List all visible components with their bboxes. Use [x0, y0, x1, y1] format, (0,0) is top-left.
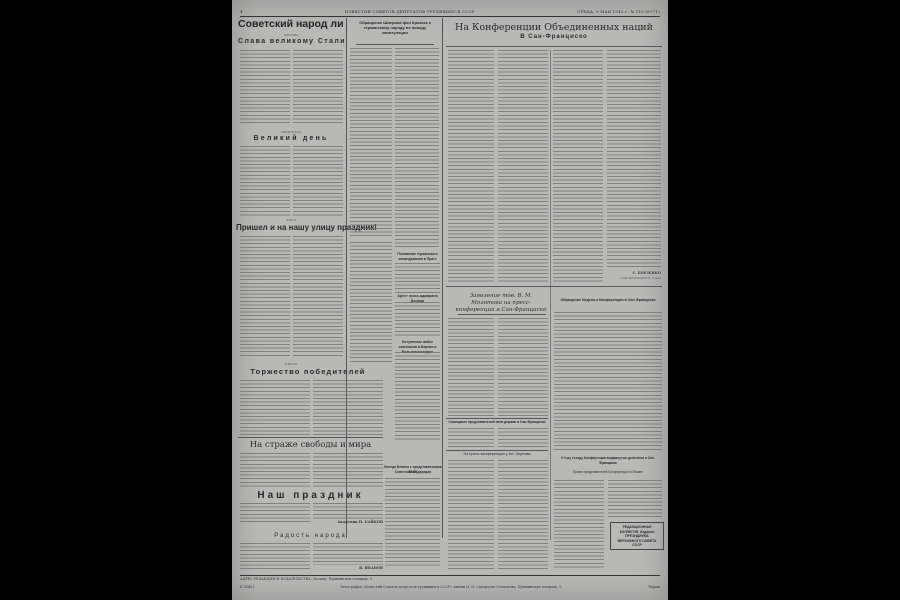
article-body — [448, 50, 494, 282]
article-title: Слава великому Сталину! — [238, 38, 344, 45]
article-subtitle: Советская Федерация — [384, 470, 442, 475]
article-body — [448, 428, 494, 448]
printer-info: Типография «Известий Советов депутатов т… — [254, 585, 648, 589]
article-body — [240, 453, 310, 487]
footer-address: АДРЕС РЕДАКЦИИ И ИЗДАТЕЛЬСТВА: Москва, П… — [240, 577, 660, 581]
kicker: ЛЕНИНГРАД — [238, 130, 344, 134]
article-title: На пресс-конференции у Ал. Чернова — [446, 452, 548, 457]
right-main-headline: На Конференции Объединенных наций — [444, 22, 664, 33]
article-body — [395, 48, 439, 248]
kicker: МОСКВА — [238, 33, 344, 37]
right-subheadline: В Сан-Франциско — [444, 35, 664, 40]
divider — [446, 46, 662, 47]
article-title: Обращение Шверина фон Крозига к германск… — [352, 20, 438, 35]
article-body — [240, 236, 290, 356]
article-body — [313, 380, 383, 435]
article-title: На страже свободы и мира — [238, 440, 383, 450]
article-title: Положение германского командования в Пра… — [395, 252, 440, 262]
article-body — [240, 146, 290, 216]
article-title: Наш праздник — [238, 490, 383, 501]
divider — [446, 450, 548, 451]
article-body — [313, 543, 383, 565]
divider — [356, 44, 434, 45]
article-title: Обращение Иедена к Конференции в Сан-Фра… — [554, 298, 662, 303]
article-title: К 9-му съезду Конференции выдвинутых дел… — [554, 456, 662, 466]
issue-date: СРЕДА, 9 МАЯ 1945 г. № 110 (8771) — [577, 9, 660, 14]
masthead: 4 ИЗВЕСТИЯ СОВЕТОВ ДЕПУТАТОВ ТРУДЯЩИХСЯ … — [240, 6, 660, 17]
article-body — [313, 453, 383, 487]
divider — [238, 437, 383, 438]
article-body — [293, 236, 343, 356]
signature: С. БОРЗЕНКО — [607, 271, 661, 275]
article-body — [240, 503, 310, 523]
article-body — [395, 352, 440, 442]
footer-rule — [240, 575, 660, 576]
article-body — [448, 460, 494, 570]
article-title: Радость народа — [238, 533, 383, 539]
editorial-address: АДРЕС РЕДАКЦИИ И ИЗДАТЕЛЬСТВА: Москва, П… — [240, 577, 372, 581]
article-body — [240, 380, 310, 435]
article-body — [498, 318, 548, 416]
column-divider — [442, 18, 443, 538]
article-body — [350, 242, 392, 362]
article-body — [293, 146, 343, 216]
article-body — [240, 50, 290, 125]
divider — [446, 286, 662, 287]
article-body — [448, 318, 494, 416]
print-run: Тираж — [648, 585, 660, 589]
article-body — [554, 480, 604, 570]
article-title: Совещание представителей пяти держав в С… — [446, 420, 548, 425]
article-body — [554, 312, 662, 452]
footer-printer: Б 02401 Типография «Известий Советов деп… — [240, 585, 660, 589]
column-divider — [550, 50, 551, 540]
article-title: Торжество победителей — [238, 367, 378, 376]
left-main-headline: Советский народ ликует — [238, 18, 344, 30]
newspaper-page: 4 ИЗВЕСТИЯ СОВЕТОВ ДЕПУТАТОВ ТРУДЯЩИХСЯ … — [232, 0, 668, 600]
editorial-board-box: РЕДАКЦИОННАЯ КОЛЛЕГИЯ. Издание ПРЕЗИДИУМ… — [610, 522, 664, 550]
dateline: САН-ФРАНЦИСКО, 8 мая — [607, 276, 661, 280]
article-body — [293, 50, 343, 125]
kicker: КИЕВ — [238, 218, 344, 222]
article-body — [498, 428, 548, 448]
article-body — [607, 50, 661, 268]
article-body — [608, 480, 662, 518]
article-body — [498, 50, 548, 282]
article-title: Великий день — [238, 135, 344, 142]
article-body — [395, 263, 440, 293]
divider — [458, 314, 546, 315]
article-body — [553, 50, 603, 282]
article-body — [313, 503, 383, 519]
article-body — [240, 543, 310, 571]
article-body — [395, 302, 440, 336]
editorial-board-text: РЕДАКЦИОННАЯ КОЛЛЕГИЯ. Издание ПРЕЗИДИУМ… — [613, 525, 661, 548]
article-body — [350, 48, 392, 238]
signature: В. ИВАНОВ — [313, 566, 383, 570]
article-title-block: Слава великому Сталину! — [238, 38, 344, 48]
article-body — [385, 478, 440, 568]
print-code: Б 02401 — [240, 585, 254, 589]
kicker: МИНСК — [238, 362, 344, 366]
signature: Академик Н. БАЙКОВ — [313, 520, 383, 524]
article-title: Прием представителей Конференции в Пекин… — [554, 470, 662, 475]
newspaper-title: ИЗВЕСТИЯ СОВЕТОВ ДЕПУТАТОВ ТРУДЯЩИХСЯ СС… — [243, 9, 577, 14]
divider — [446, 418, 548, 419]
article-body — [498, 460, 548, 570]
article-title: Заявление тов. В. М. Молотова на пресс-к… — [454, 293, 548, 314]
